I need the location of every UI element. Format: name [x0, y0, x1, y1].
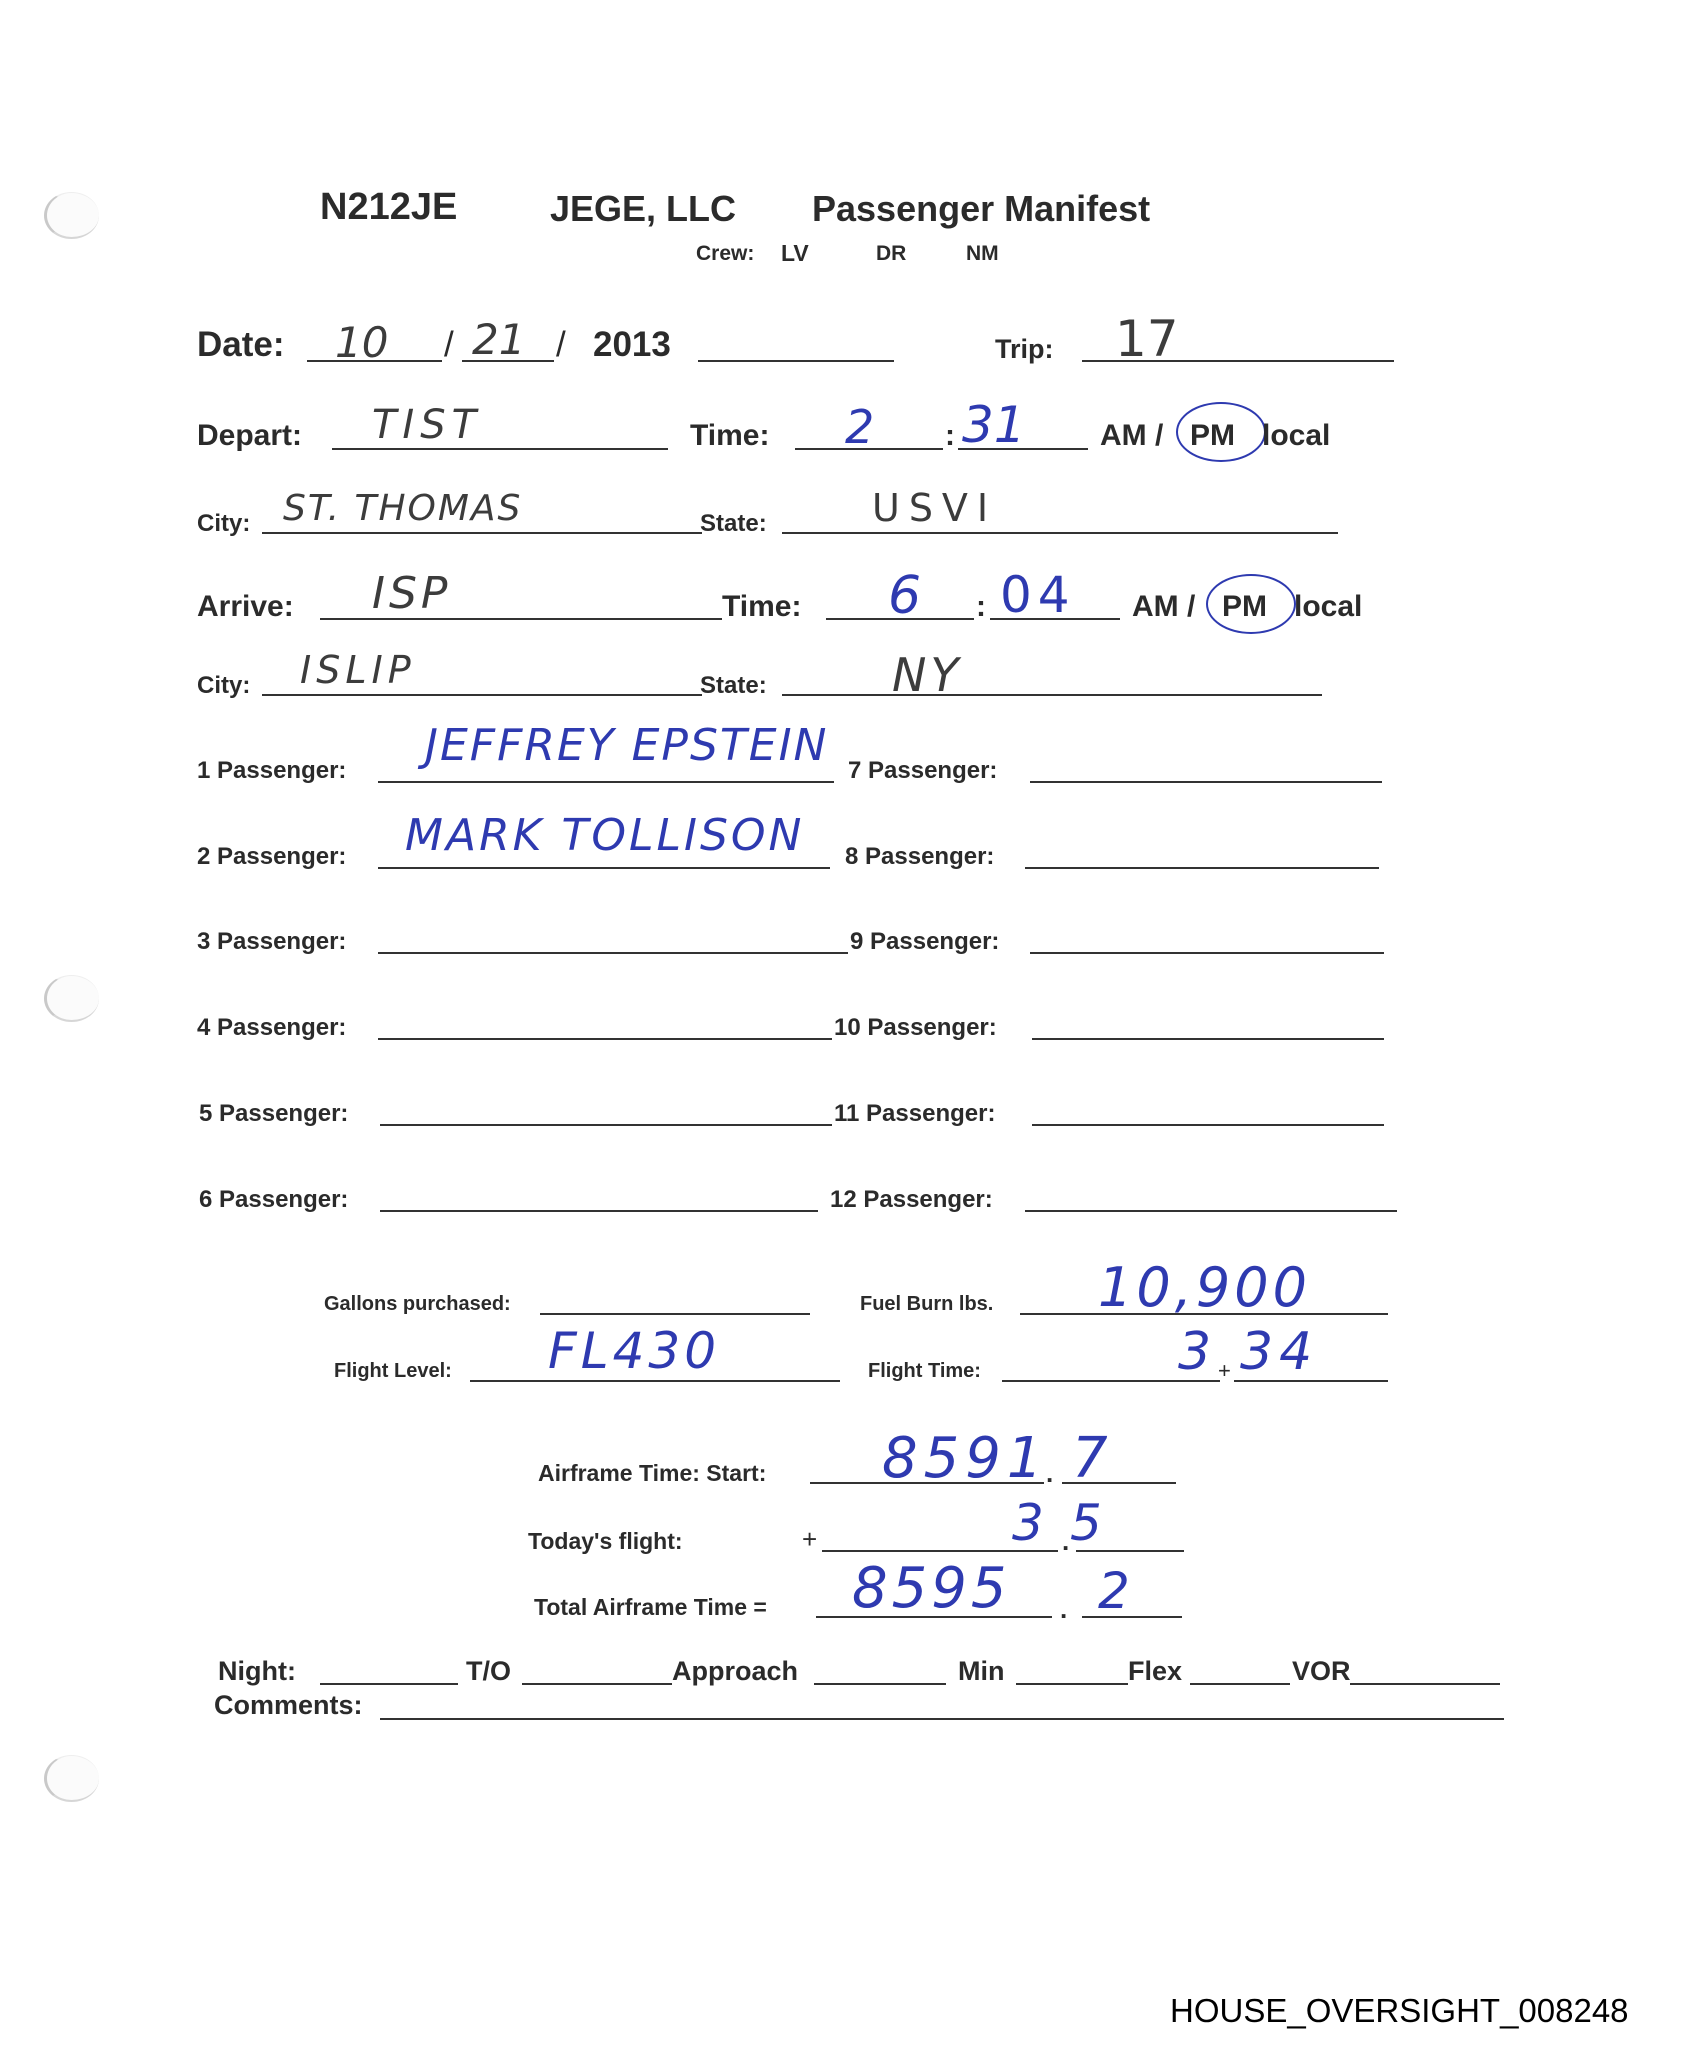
passenger-8-field[interactable]: [1025, 867, 1379, 869]
passenger-4-label: 4 Passenger:: [197, 1014, 346, 1042]
bates-number: HOUSE_OVERSIGHT_008248: [1170, 1992, 1629, 2030]
passenger-3-label: 3 Passenger:: [197, 928, 346, 956]
passenger-1-field[interactable]: [378, 781, 834, 783]
arrive-hour-value: 6: [888, 566, 921, 626]
depart-field[interactable]: [332, 448, 668, 450]
date-label: Date:: [197, 325, 285, 365]
passenger-2-label: 2 Passenger:: [197, 843, 346, 871]
passenger-6-label: 6 Passenger:: [199, 1186, 348, 1214]
depart-state-label: State:: [700, 510, 767, 538]
arrive-minute-value: 04: [1000, 566, 1076, 624]
airframe-start-dot: .: [1046, 1458, 1053, 1489]
depart-local-label: local: [1262, 419, 1330, 453]
passenger-12-field[interactable]: [1025, 1210, 1397, 1212]
arrive-state-field[interactable]: [782, 694, 1322, 696]
depart-state-field[interactable]: [782, 532, 1338, 534]
flex-field[interactable]: [1190, 1683, 1290, 1685]
passenger-8-label: 8 Passenger:: [845, 843, 994, 871]
to-label: T/O: [466, 1656, 511, 1687]
passenger-3-field[interactable]: [378, 952, 848, 954]
passenger-7-field[interactable]: [1030, 781, 1382, 783]
binder-hole-middle: [44, 975, 99, 1022]
crew-1: LV: [781, 240, 809, 267]
gallons-field[interactable]: [540, 1313, 810, 1315]
to-field[interactable]: [522, 1683, 672, 1685]
flight-level-field[interactable]: [470, 1380, 840, 1382]
arrive-time-colon: :: [976, 590, 986, 624]
approach-field[interactable]: [814, 1683, 946, 1685]
flight-time-label: Flight Time:: [868, 1360, 981, 1383]
total-airframe-whole-value: 8595: [852, 1556, 1011, 1621]
passenger-9-field[interactable]: [1030, 952, 1384, 954]
passenger-10-field[interactable]: [1032, 1038, 1384, 1040]
depart-value: TIST: [372, 402, 482, 448]
arrive-city-field[interactable]: [262, 694, 702, 696]
comments-field[interactable]: [380, 1718, 1504, 1720]
passenger-2-name: MARK TOLLISON: [405, 810, 804, 861]
min-label: Min: [958, 1656, 1005, 1687]
comments-label: Comments:: [214, 1690, 363, 1721]
passenger-5-field[interactable]: [380, 1124, 832, 1126]
date-sep-2: /: [556, 325, 566, 365]
company-name: JEGE, LLC: [550, 188, 736, 230]
depart-city-value: ST. THOMAS: [283, 488, 522, 529]
binder-hole-top: [44, 192, 99, 239]
vor-field[interactable]: [1350, 1683, 1500, 1685]
arrive-city-label: City:: [197, 672, 250, 700]
airframe-start-label: Airframe Time: Start:: [538, 1460, 766, 1487]
flight-level-label: Flight Level:: [334, 1360, 452, 1383]
binder-hole-bottom: [44, 1755, 99, 1802]
flight-level-value: FL430: [548, 1322, 720, 1380]
trip-value: 17: [1115, 310, 1179, 368]
total-airframe-decimal-field[interactable]: [1082, 1616, 1182, 1618]
total-airframe-dot: .: [1060, 1594, 1067, 1625]
passenger-5-label: 5 Passenger:: [199, 1100, 348, 1128]
arrive-time-label: Time:: [722, 590, 801, 624]
date-day-value: 21: [472, 315, 525, 364]
total-airframe-label: Total Airframe Time =: [534, 1594, 767, 1621]
depart-city-label: City:: [197, 510, 250, 538]
arrive-label: Arrive:: [197, 590, 294, 624]
total-airframe-decimal-value: 2: [1098, 1562, 1130, 1620]
flight-time-hours-value: 3: [1178, 1322, 1211, 1382]
todays-flight-decimal-value: 5: [1070, 1494, 1102, 1552]
depart-time-colon: :: [945, 419, 955, 453]
passenger-4-field[interactable]: [378, 1038, 832, 1040]
passenger-1-name: JEFFREY EPSTEIN: [425, 720, 828, 771]
night-label: Night:: [218, 1656, 296, 1687]
arrive-local-label: local: [1294, 590, 1362, 624]
passenger-7-label: 7 Passenger:: [848, 757, 997, 785]
arrive-am-option[interactable]: AM /: [1132, 590, 1195, 624]
tail-number: N212JE: [320, 186, 457, 229]
todays-flight-plus: +: [802, 1524, 817, 1555]
arrive-state-value: NY: [892, 648, 963, 702]
passenger-11-field[interactable]: [1032, 1124, 1384, 1126]
todays-flight-dot: .: [1062, 1526, 1069, 1557]
passenger-1-label: 1 Passenger:: [197, 757, 346, 785]
form-title: Passenger Manifest: [812, 188, 1150, 230]
date-sep-1: /: [444, 325, 454, 365]
arrive-value: ISP: [372, 568, 451, 619]
crew-label: Crew:: [696, 242, 754, 266]
arrive-state-label: State:: [700, 672, 767, 700]
depart-time-label: Time:: [690, 419, 769, 453]
passenger-10-label: 10 Passenger:: [834, 1014, 997, 1042]
depart-hour-value: 2: [845, 400, 874, 454]
crew-3: NM: [966, 242, 999, 266]
depart-state-value: USVI: [872, 486, 997, 530]
flight-time-separator: +: [1218, 1358, 1231, 1384]
date-year: 2013: [593, 325, 671, 365]
trip-label: Trip:: [995, 334, 1054, 365]
passenger-2-field[interactable]: [378, 867, 830, 869]
fuel-burn-label: Fuel Burn lbs.: [860, 1293, 993, 1316]
flex-label: Flex: [1128, 1656, 1182, 1687]
passenger-9-label: 9 Passenger:: [850, 928, 999, 956]
depart-am-option[interactable]: AM /: [1100, 419, 1163, 453]
todays-flight-whole-value: 3: [1012, 1494, 1044, 1552]
airframe-start-decimal-value: 7: [1072, 1426, 1108, 1491]
night-field[interactable]: [320, 1683, 458, 1685]
passenger-11-label: 11 Passenger:: [834, 1100, 995, 1128]
date-month-value: 10: [335, 318, 388, 367]
flight-time-minutes-value: 34: [1240, 1322, 1318, 1382]
crew-2: DR: [876, 242, 906, 266]
passenger-6-field[interactable]: [380, 1210, 818, 1212]
todays-flight-label: Today's flight:: [528, 1528, 683, 1555]
approach-label: Approach: [672, 1656, 798, 1687]
arrive-city-value: ISLIP: [300, 648, 416, 692]
fuel-burn-value: 10,900: [1098, 1256, 1311, 1319]
min-field[interactable]: [1016, 1683, 1128, 1685]
depart-pm-selected-circle: [1176, 402, 1266, 462]
gallons-label: Gallons purchased:: [324, 1293, 511, 1316]
depart-city-field[interactable]: [262, 532, 702, 534]
depart-label: Depart:: [197, 419, 302, 453]
vor-label: VOR: [1292, 1656, 1351, 1687]
date-extra-field[interactable]: [698, 360, 894, 362]
passenger-12-label: 12 Passenger:: [830, 1186, 993, 1214]
airframe-start-whole-value: 8591: [882, 1426, 1049, 1491]
arrive-pm-selected-circle: [1206, 574, 1296, 634]
depart-minute-value: 31: [962, 396, 1026, 454]
